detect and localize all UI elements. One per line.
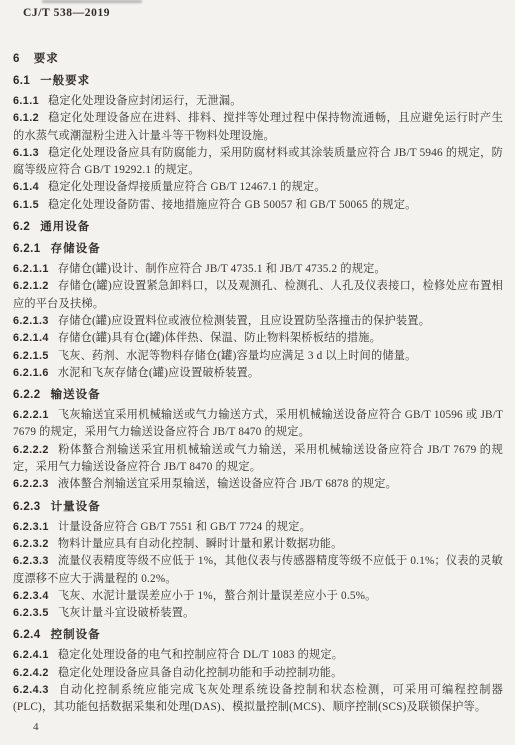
clause-6.1.3: 6.1.3稳定化处理设备应具有防腐能力，采用防腐材料或其涂装质量应符合 JB/T…: [13, 145, 503, 180]
clause-text: 飞灰计量斗宜设破桥装置。: [58, 607, 195, 619]
clause-number: 6.2.2.3: [13, 478, 49, 490]
clause-6.2.1.2: 6.2.1.2存储仓(罐)应设置紧急卸料口，以及观测孔、检测孔、人孔及仪表接口，…: [13, 278, 503, 313]
scan-artifact: [42, 0, 142, 3]
section-heading-6.2.3: 6.2.3计量设备: [13, 499, 503, 516]
clause-6.1.5: 6.1.5稳定化处理设备防雷、接地措施应符合 GB 50057 和 GB/T 5…: [13, 197, 503, 214]
clause-number: 6.1.1: [13, 95, 39, 107]
clause-text: 计量设备应符合 GB/T 7551 和 GB/T 7724 的规定。: [58, 521, 311, 533]
clause-text: 稳定化处理设备应封闭运行，无泄漏。: [48, 95, 242, 107]
section-heading-6.2: 6.2通用设备: [13, 219, 503, 236]
clause-6.1.2: 6.1.2稳定化处理设备应在进料、排料、搅拌等处理过程中保持物流通畅，且应避免运…: [13, 110, 503, 145]
clause-6.2.3.5: 6.2.3.5飞灰计量斗宜设破桥装置。: [13, 605, 503, 622]
clause-6.2.1.3: 6.2.1.3存储仓(罐)应设置料位或液位检测装置，且应设置防坠落撞击的保护装置…: [13, 313, 503, 330]
clause-text: 稳定化处理设备防雷、接地措施应符合 GB 50057 和 GB/T 50065 …: [48, 199, 416, 211]
clause-6.2.4.2: 6.2.4.2稳定化处理设备应具备自动化控制功能和手动控制功能。: [13, 665, 503, 682]
clause-number: 6.2.3.5: [13, 607, 49, 619]
heading-title: 输送设备: [51, 389, 101, 401]
clause-number: 6.2.1.1: [13, 263, 49, 275]
clause-number: 6.2.2.1: [13, 409, 49, 421]
clause-6.2.3.1: 6.2.3.1计量设备应符合 GB/T 7551 和 GB/T 7724 的规定…: [13, 519, 503, 536]
clause-6.2.3.4: 6.2.3.4飞灰、水泥计量误差应小于 1%，螯合剂计量误差应小于 0.5%。: [13, 588, 503, 605]
clause-text: 稳定化处理设备应在进料、排料、搅拌等处理过程中保持物流通畅，且应避免运行时产生的…: [13, 112, 503, 141]
clause-number: 6.2.4.3: [13, 684, 49, 696]
clause-number: 6.2.3.4: [13, 590, 49, 602]
clause-number: 6.1.3: [13, 147, 39, 159]
standard-number: CJ/T 538—2019: [23, 7, 110, 19]
clause-text: 存储仓(罐)应设置紧急卸料口，以及观测孔、检测孔、人孔及仪表接口，检修处应布置相…: [13, 280, 503, 309]
clause-text: 飞灰、药剂、水泥等物料存储仓(罐)容量均应满足 3 d 以上时间的储量。: [58, 350, 417, 362]
clause-text: 存储仓(罐)应设置料位或液位检测装置，且应设置防坠落撞击的保护装置。: [58, 315, 430, 327]
clause-number: 6.2.4.2: [13, 667, 49, 679]
section-heading-6.1: 6.1一般要求: [13, 73, 503, 90]
clause-6.2.4.1: 6.2.4.1稳定化处理设备的电气和控制应符合 DL/T 1083 的规定。: [13, 647, 503, 664]
clause-6.2.2.3: 6.2.2.3液体螯合剂输送宜采用泵输送，输送设备应符合 JB/T 6878 的…: [13, 476, 503, 493]
clause-6.2.3.2: 6.2.3.2物料计量应具有自动化控制、瞬时计量和累计数据功能。: [13, 536, 503, 553]
clause-number: 6.2.1.2: [13, 280, 49, 292]
clause-text: 存储仓(罐)设计、制作应符合 JB/T 4735.1 和 JB/T 4735.2…: [58, 263, 386, 275]
document-header: CJ/T 538—2019: [23, 7, 110, 19]
clause-number: 6.2.4.1: [13, 649, 49, 661]
clause-6.2.2.1: 6.2.2.1飞灰输送宜采用机械输送或气力输送方式，采用机械输送设备应符合 GB…: [13, 407, 503, 442]
clause-6.2.1.5: 6.2.1.5飞灰、药剂、水泥等物料存储仓(罐)容量均应满足 3 d 以上时间的…: [13, 348, 503, 365]
clause-text: 飞灰、水泥计量误差应小于 1%，螯合剂计量误差应小于 0.5%。: [58, 590, 377, 602]
clause-6.1.4: 6.1.4稳定化处理设备焊接质量应符合 GB/T 12467.1 的规定。: [13, 179, 503, 196]
heading-number: 6.1: [13, 75, 30, 87]
clause-text: 存储仓(罐)具有仓(罐)体伴热、保温、防止物料架桥板结的措施。: [58, 332, 381, 344]
clause-6.2.1.6: 6.2.1.6水泥和飞灰存储仓(罐)应设置破桥装置。: [13, 365, 503, 382]
heading-number: 6: [13, 53, 20, 65]
document-body: 6要求6.1一般要求6.1.1稳定化处理设备应封闭运行，无泄漏。6.1.2稳定化…: [13, 25, 503, 717]
heading-title: 控制设备: [51, 629, 101, 641]
clause-text: 稳定化处理设备应具备自动化控制功能和手动控制功能。: [58, 667, 343, 679]
clause-number: 6.1.4: [13, 181, 39, 193]
document-page: CJ/T 538—2019 6要求6.1一般要求6.1.1稳定化处理设备应封闭运…: [0, 0, 515, 745]
clause-6.2.2.2: 6.2.2.2粉体螯合剂输送采宜用机械输送或气力输送，采用机械输送设备应符合 J…: [13, 442, 503, 477]
clause-number: 6.2.1.3: [13, 315, 49, 327]
clause-number: 6.1.2: [13, 112, 39, 124]
clause-number: 6.2.1.5: [13, 350, 49, 362]
section-heading-6: 6要求: [13, 51, 503, 68]
clause-6.1.1: 6.1.1稳定化处理设备应封闭运行，无泄漏。: [13, 93, 503, 110]
section-heading-6.2.4: 6.2.4控制设备: [13, 627, 503, 644]
heading-number: 6.2.4: [13, 629, 41, 641]
heading-number: 6.2.3: [13, 501, 41, 513]
heading-title: 通用设备: [40, 221, 90, 233]
clause-text: 稳定化处理设备焊接质量应符合 GB/T 12467.1 的规定。: [48, 181, 326, 193]
clause-text: 物料计量应具有自动化控制、瞬时计量和累计数据功能。: [58, 538, 343, 550]
section-heading-6.2.2: 6.2.2输送设备: [13, 387, 503, 404]
heading-title: 计量设备: [51, 501, 101, 513]
clause-number: 6.1.5: [13, 199, 39, 211]
clause-text: 稳定化处理设备的电气和控制应符合 DL/T 1083 的规定。: [58, 649, 343, 661]
clause-text: 水泥和飞灰存储仓(罐)应设置破桥装置。: [58, 367, 259, 379]
clause-number: 6.2.3.3: [13, 555, 49, 567]
clause-text: 稳定化处理设备应具有防腐能力，采用防腐材料或其涂装质量应符合 JB/T 5946…: [13, 147, 503, 176]
clause-text: 液体螯合剂输送宜采用泵输送，输送设备应符合 JB/T 6878 的规定。: [58, 478, 397, 490]
clause-number: 6.2.1.6: [13, 367, 49, 379]
clause-6.2.3.3: 6.2.3.3流量仪表精度等级不应低于 1%，其他仪表与传感器精度等级不应低于 …: [13, 553, 503, 588]
heading-number: 6.2: [13, 221, 30, 233]
clause-6.2.1.1: 6.2.1.1存储仓(罐)设计、制作应符合 JB/T 4735.1 和 JB/T…: [13, 261, 503, 278]
heading-title: 要求: [34, 53, 59, 65]
clause-number: 6.2.2.2: [13, 444, 49, 456]
clause-text: 流量仪表精度等级不应低于 1%，其他仪表与传感器精度等级不应低于 0.1%；仪表…: [13, 555, 503, 584]
heading-number: 6.2.1: [13, 243, 41, 255]
heading-title: 一般要求: [40, 75, 90, 87]
section-heading-6.2.1: 6.2.1存储设备: [13, 241, 503, 258]
clause-text: 自动化控制系统应能完成飞灰处理系统设备控制和状态检测，可采用可编程控制器(PLC…: [13, 684, 503, 713]
clause-text: 粉体螯合剂输送采宜用机械输送或气力输送，采用机械输送设备应符合 JB/T 767…: [13, 444, 503, 473]
clause-number: 6.2.3.1: [13, 521, 49, 533]
clause-6.2.4.3: 6.2.4.3自动化控制系统应能完成飞灰处理系统设备控制和状态检测，可采用可编程…: [13, 682, 503, 717]
clause-6.2.1.4: 6.2.1.4存储仓(罐)具有仓(罐)体伴热、保温、防止物料架桥板结的措施。: [13, 330, 503, 347]
heading-number: 6.2.2: [13, 389, 41, 401]
clause-text: 飞灰输送宜采用机械输送或气力输送方式，采用机械输送设备应符合 GB/T 1059…: [13, 409, 503, 438]
clause-number: 6.2.1.4: [13, 332, 49, 344]
page-number: 4: [33, 721, 39, 733]
heading-title: 存储设备: [51, 243, 101, 255]
page-footer: 4: [33, 721, 39, 733]
clause-number: 6.2.3.2: [13, 538, 49, 550]
